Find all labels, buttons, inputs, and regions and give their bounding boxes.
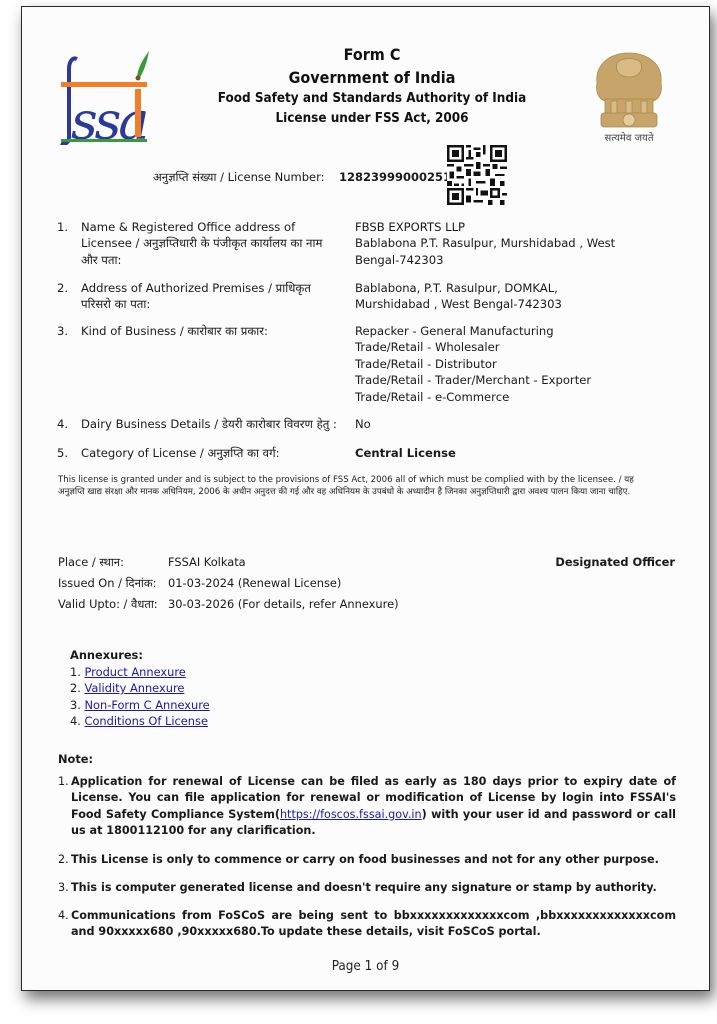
note-item: 2. This License is only to commence or c…: [58, 852, 676, 868]
page-indicator: Page 1 of 9: [22, 959, 709, 974]
field-value: Central License: [355, 445, 645, 461]
note-item: 3. This is computer generated license an…: [58, 880, 676, 896]
field-value: Repacker - General Manufacturing Trade/R…: [355, 323, 645, 405]
annexures-title: Annexures:: [70, 647, 210, 664]
product-annexure-link[interactable]: Product Annexure: [85, 665, 186, 679]
designated-officer: Designated Officer: [555, 555, 675, 569]
government-title: Government of India: [162, 68, 582, 87]
annexure-item: 1. Product Annexure: [70, 664, 210, 681]
annexures-list: Annexures: 1. Product Annexure 2. Validi…: [70, 647, 210, 730]
field-label: Address of Authorized Premises / प्राधिक…: [81, 280, 326, 313]
field-value: Bablabona, P.T. Rasulpur, DOMKAL, Murshi…: [355, 280, 625, 313]
form-title: Form C: [162, 45, 582, 64]
annexure-item: 3. Non-Form C Annexure: [70, 697, 210, 714]
ashoka-emblem-icon: सत्यमेव जयते: [577, 43, 682, 149]
svg-text:सत्यमेव जयते: सत्यमेव जयते: [604, 132, 653, 144]
license-disclaimer: This license is granted under and is sub…: [58, 474, 643, 499]
license-number-value: 12823999000251: [339, 170, 451, 184]
note-item: 1. Application for renewal of License ca…: [58, 774, 676, 840]
field-value: No: [355, 416, 645, 432]
field-label: Kind of Business / कारोबार का प्रकार:: [81, 323, 326, 339]
note-title: Note:: [58, 752, 93, 766]
field-label: Name & Registered Office address of Lice…: [81, 219, 326, 268]
annexure-item: 4. Conditions Of License: [70, 713, 210, 730]
conditions-of-license-link[interactable]: Conditions Of License: [85, 714, 208, 728]
license-number-label: अनुज्ञप्ति संख्या / License Number:: [153, 170, 325, 185]
non-form-c-annexure-link[interactable]: Non-Form C Annexure: [85, 698, 210, 712]
qr-code-icon: [447, 145, 507, 205]
act-title: License under FSS Act, 2006: [162, 111, 582, 126]
field-label: Dairy Business Details / डेयरी कारोबार व…: [81, 416, 361, 432]
foscos-link[interactable]: https://foscos.fssai.gov.in: [280, 808, 422, 821]
license-page: ssa Form C Government of India Food Safe…: [21, 6, 710, 991]
field-label: Category of License / अनुज्ञप्ति का वर्ग…: [81, 445, 326, 461]
authority-title: Food Safety and Standards Authority of I…: [162, 91, 582, 106]
note-item: 4. Communications from FoSCoS are being …: [58, 908, 676, 941]
fssai-logo-icon: ssa: [55, 45, 155, 145]
annexure-item: 2. Validity Annexure: [70, 680, 210, 697]
validity-annexure-link[interactable]: Validity Annexure: [85, 681, 185, 695]
field-value: FBSB EXPORTS LLP Bablabona P.T. Rasulpur…: [355, 219, 645, 268]
